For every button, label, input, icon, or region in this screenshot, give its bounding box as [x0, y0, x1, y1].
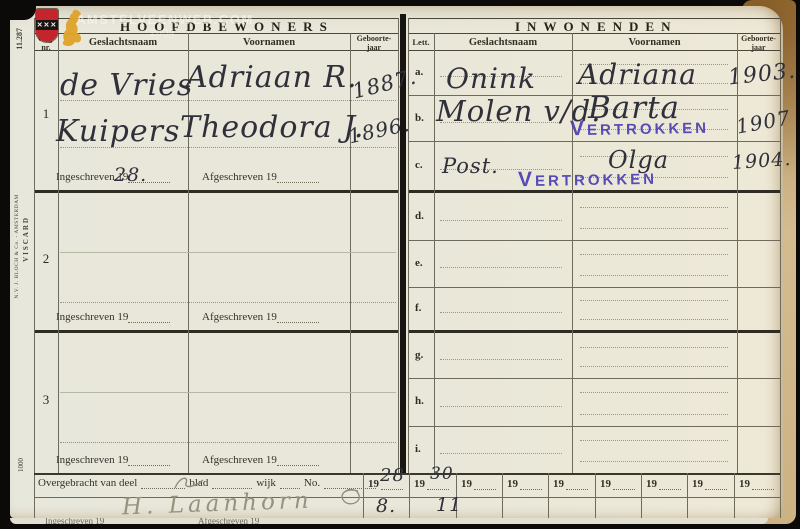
column-header-voornamen: Voornamen: [188, 37, 350, 48]
year-cell: 19: [595, 473, 641, 497]
column-header-geslachtsnaam: Geslachtsnaam: [434, 37, 572, 48]
dotted-line: [580, 461, 728, 462]
faint-line: [60, 252, 396, 253]
corner-shadow: [8, 4, 36, 20]
dotted-line: [580, 207, 728, 208]
handwritten-ingeschreven-year: 28.: [114, 164, 147, 186]
rule-line: [780, 18, 781, 518]
pencil-mark: [172, 474, 206, 492]
afgeschreven-blank: [277, 311, 319, 323]
ingeschreven-label: Ingeschreven 19: [56, 454, 128, 466]
faint-line: [60, 392, 396, 393]
next-afgeschreven-label: Afgeschreven 19: [198, 518, 259, 524]
amstelveen-crest-icon: ✕✕✕: [36, 9, 58, 42]
year-blank: [705, 478, 727, 490]
afgeschreven-label: Afgeschreven 19: [202, 311, 277, 323]
overgebracht-field: Overgebracht van deelbladwijkNo.: [38, 477, 376, 489]
wijk-label: wijk: [256, 477, 276, 489]
inwonenden-row-e: e.: [408, 240, 780, 287]
handwritten-firstname: Theodora J.: [180, 110, 364, 145]
row-letter: f.: [415, 302, 421, 314]
year-blank: [566, 478, 588, 490]
vertrokken-stamp: VERTROKKEN: [570, 115, 709, 141]
dotted-line: [580, 347, 728, 348]
dotted-line: [440, 220, 562, 221]
column-header-lett: Lett.: [408, 38, 434, 47]
year-blank: [752, 478, 774, 490]
dotted-line: [440, 359, 562, 360]
year-cell: 19: [502, 473, 548, 497]
serial-number-vertical: 11.287: [15, 28, 24, 50]
scanned-register-card: 11.287 VISCARD N.V. J. BLOCH & Co. - AMS…: [0, 0, 800, 529]
ingeschreven-blank: [128, 454, 170, 466]
year-prefix: 19: [692, 478, 703, 490]
dotted-line: [60, 442, 396, 443]
hoofdbewoners-section-2: 2 Ingeschreven 19 Afgeschreven 19: [34, 193, 398, 330]
handwritten-year: 30: [430, 464, 454, 484]
dotted-line: [580, 300, 728, 301]
volgnr-value: 2: [34, 251, 58, 267]
hoofdbewoners-section-3: 3 Ingeschreven 19 Afgeschreven 19: [34, 333, 398, 473]
afgeschreven-field: Afgeschreven 19: [202, 454, 319, 466]
dotted-line: [580, 440, 728, 441]
inwonenden-row-h: h.: [408, 378, 780, 426]
year-prefix: 19: [507, 478, 518, 490]
year-prefix: 19: [646, 478, 657, 490]
handwritten-surname: de Vries: [60, 68, 193, 103]
handwritten-surname: Onink: [446, 62, 536, 95]
afgeschreven-blank: [277, 171, 319, 183]
dotted-line: [580, 319, 728, 320]
inwonenden-row-g: g.: [408, 333, 780, 378]
printer-name-vertical: VISCARD: [22, 216, 30, 262]
blad-blank: [212, 477, 252, 489]
crest-saltires: ✕✕✕: [37, 21, 58, 29]
inwonenden-row-f: f.: [408, 287, 780, 330]
year-blank: [659, 478, 681, 490]
dotted-line: [580, 275, 728, 276]
handwritten-year: 28: [380, 465, 405, 486]
dotted-line: [580, 366, 728, 367]
row-letter: e.: [415, 257, 423, 269]
afgeschreven-blank: [277, 454, 319, 466]
volgnr-value: 1: [34, 106, 58, 122]
column-header-voornamen: Voornamen: [572, 37, 737, 48]
afgeschreven-label: Afgeschreven 19: [202, 454, 277, 466]
dotted-line: [580, 228, 728, 229]
handwritten-surname: Kuipers: [56, 114, 180, 149]
year-blank: [613, 478, 635, 490]
vertrokken-stamp: VERTROKKEN: [518, 166, 657, 192]
next-ingeschreven-label: Ingeschreven 19: [45, 518, 104, 524]
ingeschreven-blank: [128, 311, 170, 323]
year-prefix: 19: [368, 478, 379, 490]
pencil-mark: [336, 486, 366, 508]
year-cell: 19: [734, 473, 780, 497]
dotted-line: [440, 453, 562, 454]
handwritten-surname: Post.: [442, 154, 499, 178]
dotted-line: [440, 406, 562, 407]
year-cell: 19: [548, 473, 594, 497]
inwonenden-row-i: i.: [408, 426, 780, 473]
dotted-line: [440, 312, 562, 313]
year-prefix: 19: [461, 478, 472, 490]
overgebracht-label: Overgebracht van deel: [38, 477, 137, 489]
dotted-line: [440, 267, 562, 268]
handwritten-value: 11: [436, 494, 462, 516]
year-prefix: 19: [553, 478, 564, 490]
volgnr-value: 3: [34, 392, 58, 408]
ingeschreven-label: Ingeschreven 19: [56, 311, 128, 323]
row-letter: c.: [415, 159, 423, 171]
year-prefix: 19: [414, 478, 425, 490]
handwritten-firstname: Adriana: [578, 58, 697, 91]
row-letter: h.: [415, 395, 424, 407]
dotted-line: [580, 414, 728, 415]
inwonenden-row-d: d.: [408, 193, 780, 240]
handwritten-birthyear: 1904.: [731, 148, 792, 174]
dotted-line: [580, 254, 728, 255]
ingeschreven-field: Ingeschreven 19: [56, 311, 170, 323]
year-cell: 19: [641, 473, 687, 497]
afgeschreven-label: Afgeschreven 19: [202, 171, 277, 183]
row-letter: i.: [415, 443, 421, 455]
ingeschreven-field: Ingeschreven 19: [56, 454, 170, 466]
row-letter: g.: [415, 349, 423, 361]
dotted-line: [60, 302, 396, 303]
afgeschreven-field: Afgeschreven 19: [202, 311, 319, 323]
watermark-text: AMSTELVEENWEB.COM: [76, 12, 254, 27]
afgeschreven-field: Afgeschreven 19: [202, 171, 319, 183]
year-blank: [474, 478, 496, 490]
year-cell: 19: [687, 473, 733, 497]
edition-number-vertical: 1000: [17, 458, 25, 472]
year-cell: 19: [456, 473, 502, 497]
watermark-year: 2004: [150, 27, 174, 39]
year-prefix: 19: [739, 478, 750, 490]
handwritten-value: 8.: [376, 495, 396, 517]
pencil-address-note: H. Laanhorn: [122, 488, 313, 521]
dotted-line: [580, 392, 728, 393]
printer-address-vertical: N.V. J. BLOCH & Co. - AMSTERDAM: [14, 194, 20, 299]
year-prefix: 19: [600, 478, 611, 490]
year-blank: [520, 478, 542, 490]
row-letter: d.: [415, 210, 424, 222]
handwritten-firstname: Adriaan R.: [186, 60, 358, 95]
row-letter: b.: [415, 112, 424, 124]
population-register-card: 11.287 VISCARD N.V. J. BLOCH & Co. - AMS…: [10, 6, 783, 518]
next-card-edge: Ingeschreven 19 Afgeschreven 19: [10, 518, 768, 524]
right-section-title: INWONENDEN: [515, 19, 677, 35]
